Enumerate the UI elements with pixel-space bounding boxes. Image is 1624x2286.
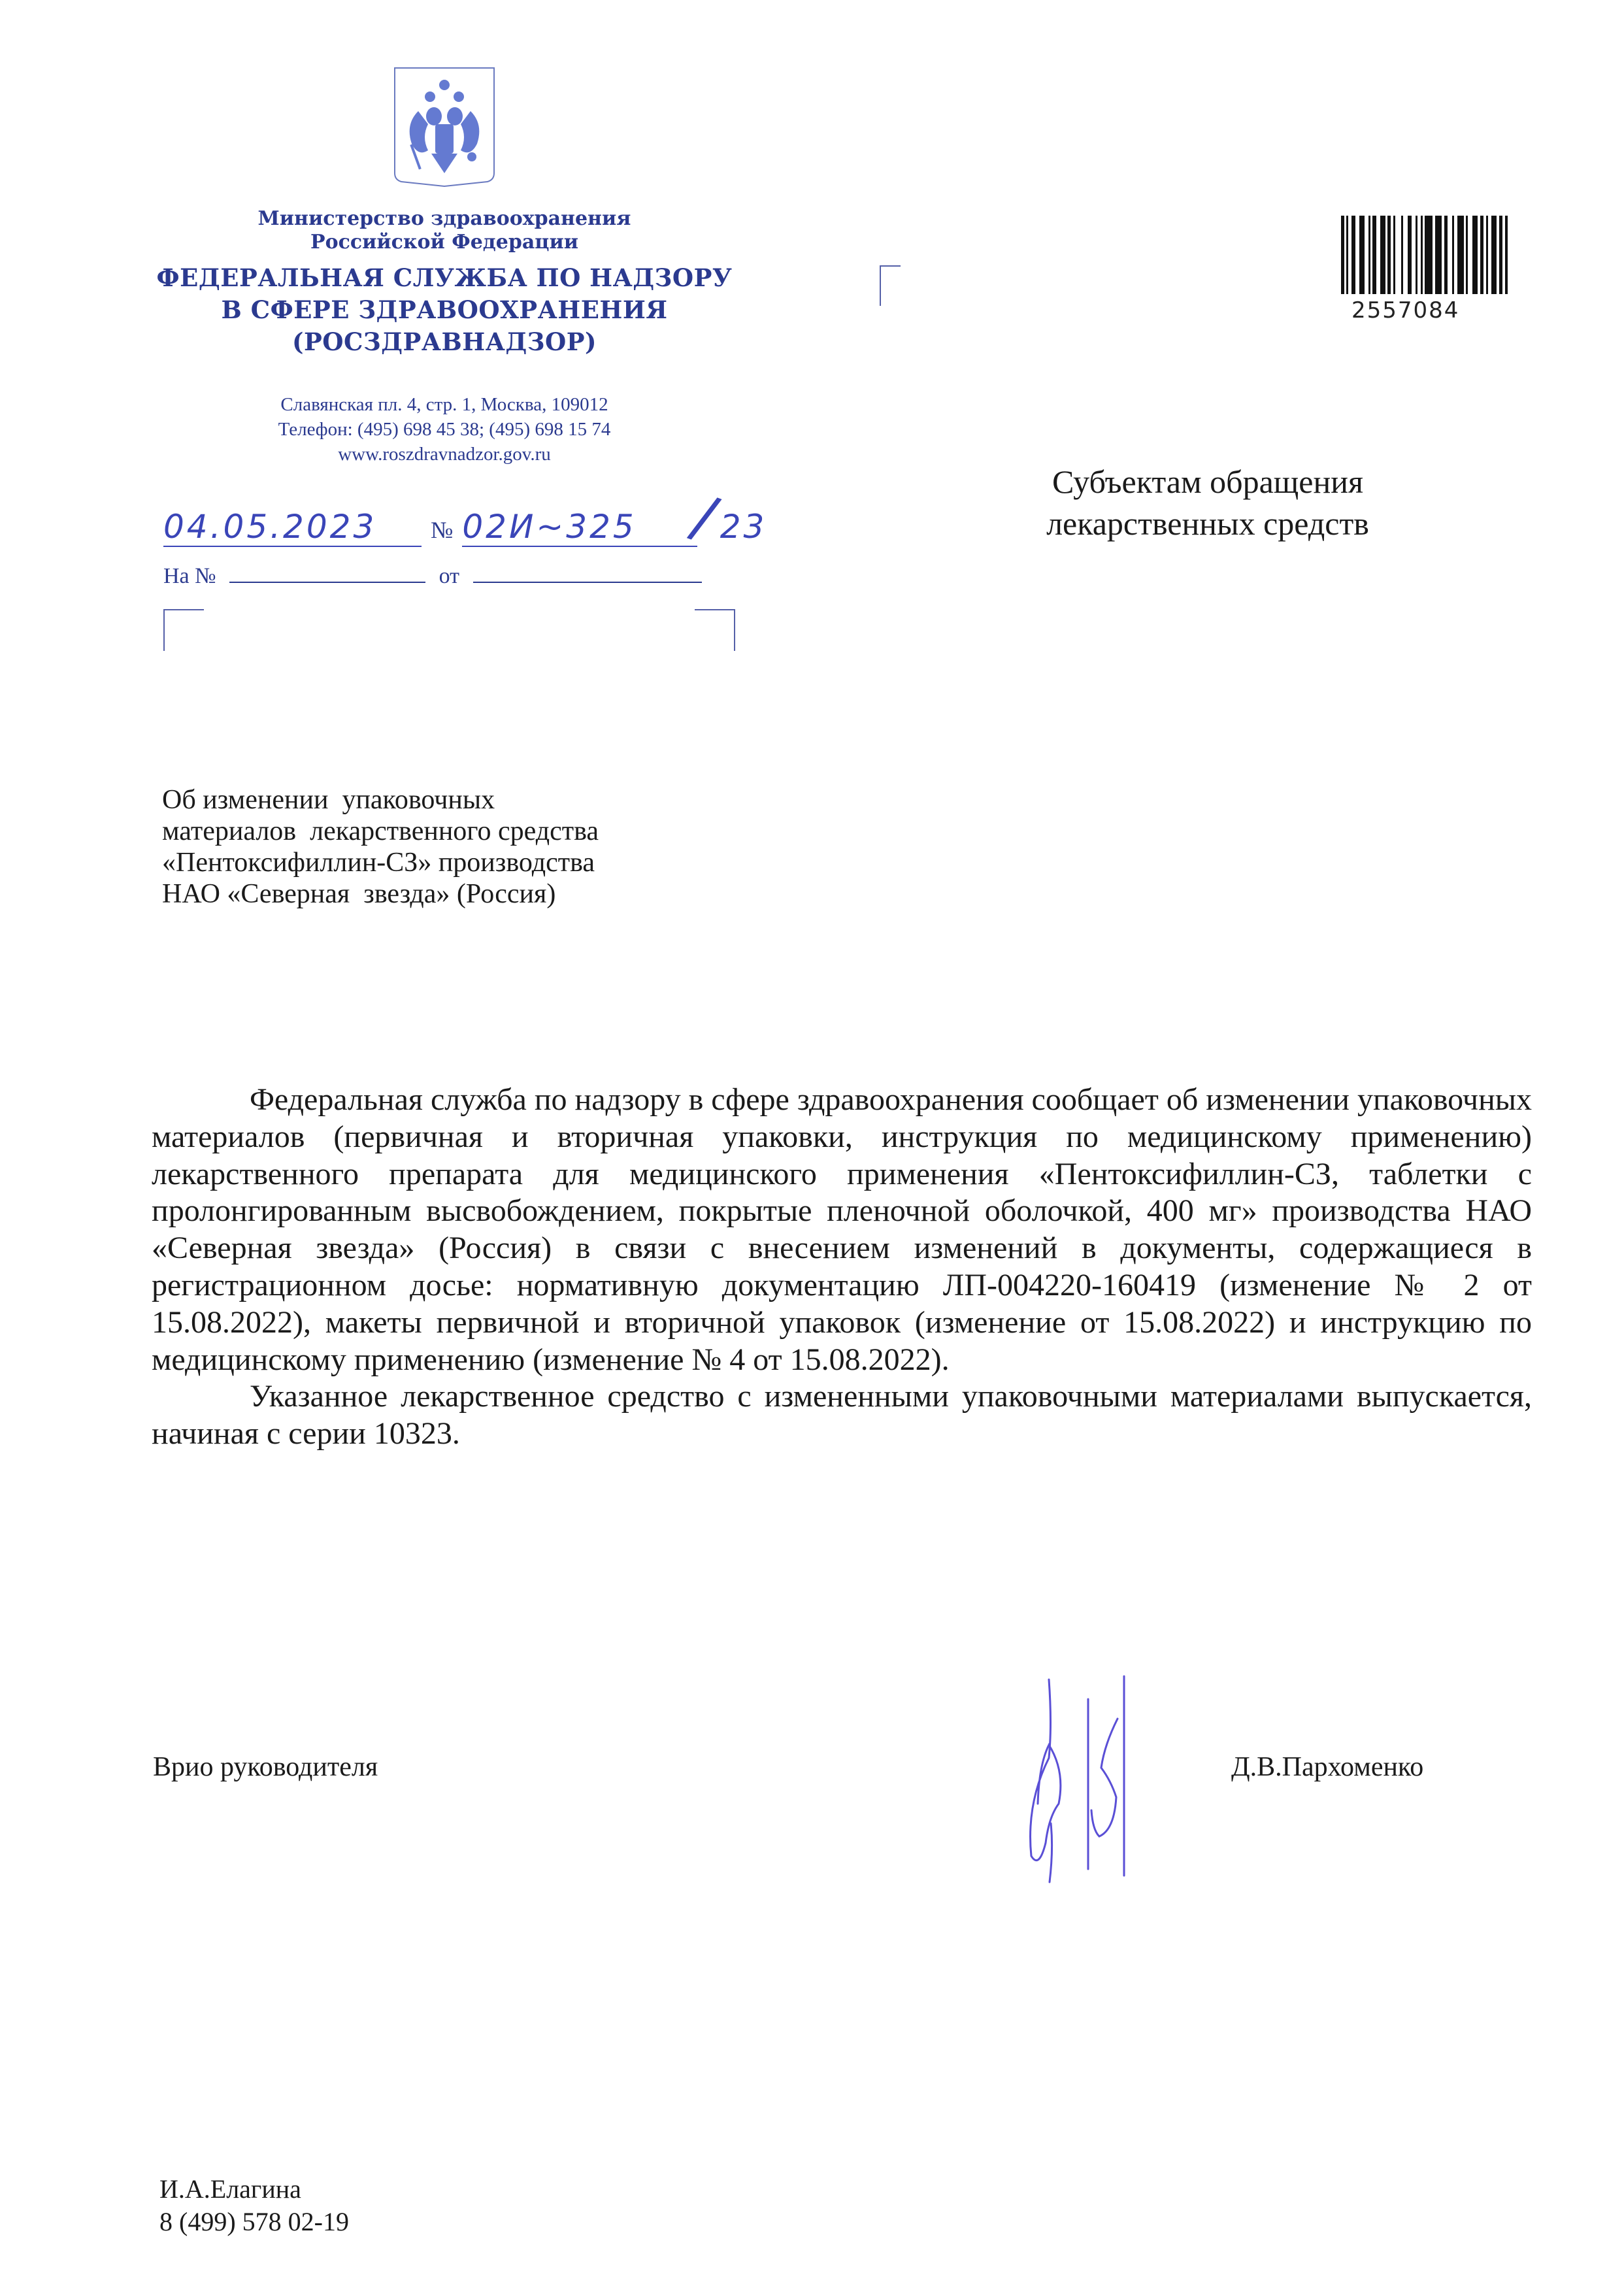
agency-name-line1: ФЕДЕРАЛЬНАЯ СЛУЖБА ПО НАДЗОРУ	[150, 262, 738, 294]
executor-phone: 8 (499) 578 02-19	[159, 2206, 349, 2238]
addressee-bracket-corner	[880, 265, 901, 306]
letterhead: Министерство здравоохранения Российской …	[150, 65, 738, 467]
barcode-number: 2557084	[1351, 297, 1459, 323]
signer-position: Врио руководителя	[153, 1752, 378, 1782]
letter-body: Федеральная служба по надзору в сфере зд…	[152, 1082, 1532, 1453]
barcode	[1340, 216, 1510, 294]
agency-website: www.roszdravnadzor.gov.ru	[150, 442, 738, 467]
russian-coat-of-arms-icon	[392, 65, 497, 193]
registration-line: 04.05.2023 № 02И~325 / 23	[163, 484, 856, 542]
ministry-name-line2: Российской Федерации	[150, 231, 738, 254]
body-paragraph: Федеральная служба по надзору в сфере зд…	[152, 1082, 1532, 1378]
bracket-corner-left	[163, 609, 204, 651]
subject-line: материалов лекарственного средства	[162, 816, 599, 847]
reply-date-field	[473, 562, 702, 583]
subject-line: «Пентоксифиллин-СЗ» производства	[162, 847, 599, 878]
subject-line: НАО «Северная звезда» (Россия)	[162, 878, 599, 910]
subject-line: Об изменении упаковочных	[162, 784, 599, 816]
agency-name-line3: (РОСЗДРАВНАДЗОР)	[150, 326, 738, 358]
agency-phone: Телефон: (495) 698 45 38; (495) 698 15 7…	[150, 417, 738, 442]
body-paragraph: Указанное лекарственное средство с измен…	[152, 1378, 1532, 1453]
reply-reference-line: На № от	[163, 562, 702, 589]
bracket-corner-right	[695, 609, 735, 651]
ministry-name-line1: Министерство здравоохранения	[150, 207, 738, 231]
addressee-line1: Субъектам обращения	[1012, 461, 1404, 503]
registration-number: 02И~325	[462, 508, 697, 547]
signature-block: Врио руководителя Д.В.Пархоменко	[153, 1751, 1506, 1783]
registration-number-suffix: 23	[720, 508, 767, 546]
letter-subject: Об изменении упаковочных материалов лека…	[162, 784, 599, 910]
number-sign: №	[431, 517, 453, 543]
addressee: Субъектам обращения лекарственных средст…	[1012, 461, 1404, 544]
agency-address: Славянская пл. 4, стр. 1, Москва, 109012	[150, 392, 738, 417]
reply-number-field	[229, 562, 425, 583]
agency-name-line2: В СФЕРЕ ЗДРАВООХРАНЕНИЯ	[150, 294, 738, 326]
registration-date: 04.05.2023	[163, 508, 422, 547]
executor-name: И.А.Елагина	[159, 2173, 349, 2206]
signer-name: Д.В.Пархоменко	[1231, 1751, 1423, 1783]
handwritten-signature	[1019, 1673, 1137, 1889]
executor-info: И.А.Елагина 8 (499) 578 02-19	[159, 2173, 349, 2238]
reply-date-label: от	[439, 564, 459, 588]
addressee-line2: лекарственных средств	[1012, 503, 1404, 544]
reply-number-label: На №	[163, 564, 216, 588]
